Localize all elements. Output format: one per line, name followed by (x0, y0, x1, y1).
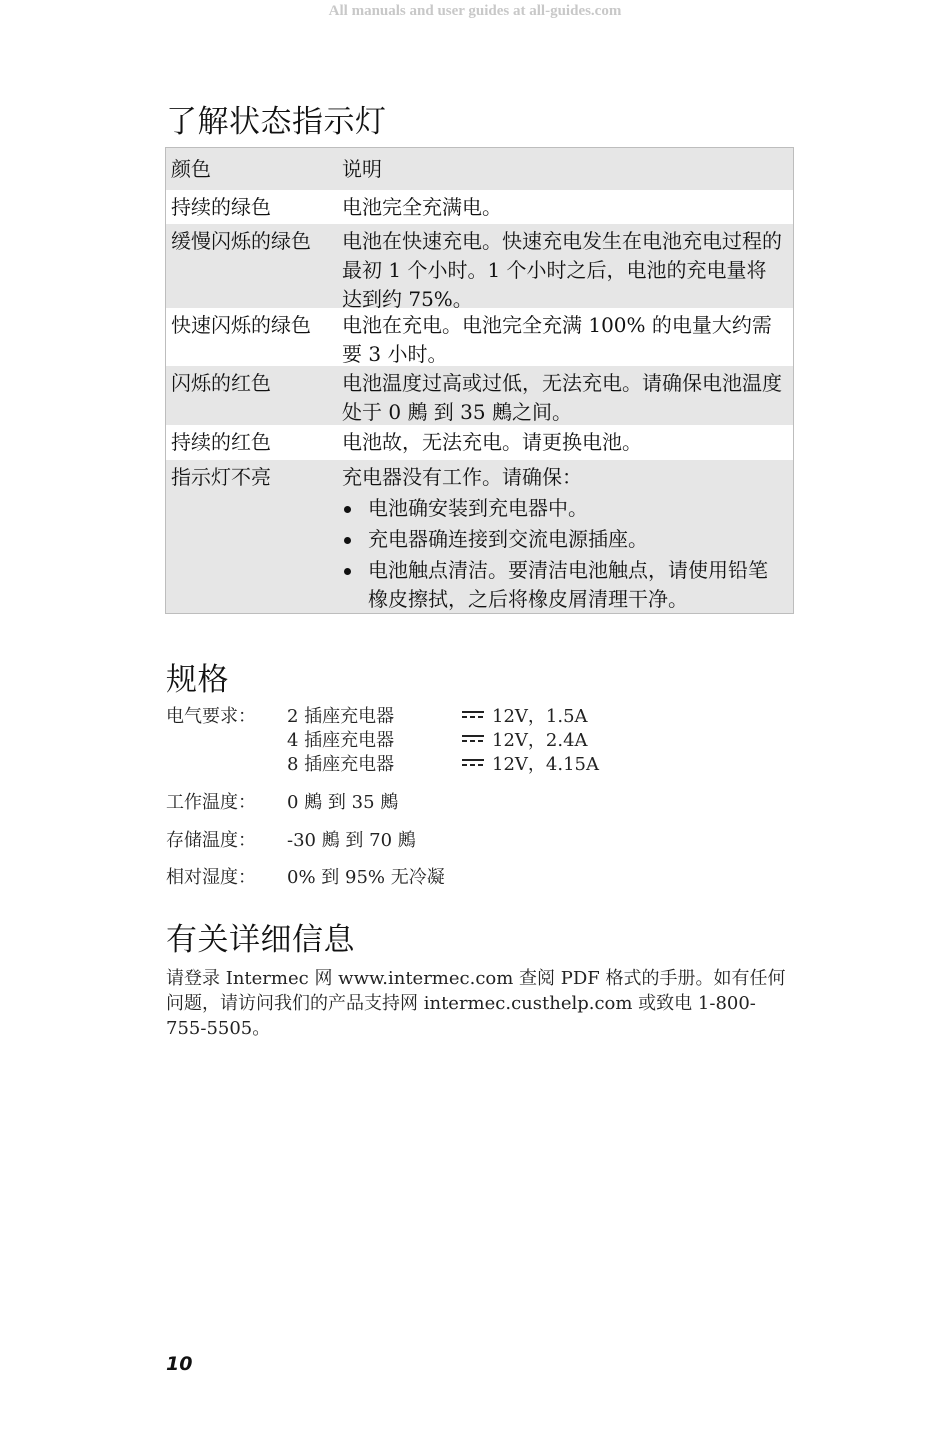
row-color: 持续的红色 (166, 425, 342, 460)
electrical-requirements: 电气要求： 2 插座充电器 12V，1.5A 4 插座充电器 12V，2.4A … (166, 705, 599, 777)
charger-model: 8 插座充电器 (287, 753, 462, 777)
table-row: 缓慢闪烁的绿色 电池在快速充电。快速充电发生在电池充电过程的最初 1 个小时。1… (166, 224, 793, 308)
charger-rating: 12V，1.5A (492, 706, 588, 727)
row-description: 电池温度过高或过低，无法充电。请确保电池温度处于 0 鶊 到 35 鶊之间。 (342, 366, 793, 425)
table-row: 指示灯不亮 充电器没有工作。请确保： 电池确安装到充电器中。 充电器确连接到交流… (166, 460, 793, 613)
list-item: 充电器确连接到交流电源插座。 (342, 525, 785, 554)
spec-value: 0% 到 95% 无冷凝 (287, 866, 445, 890)
charger-rating: 12V，2.4A (492, 730, 588, 751)
charger-rating-wrap: 12V，2.4A (462, 729, 588, 753)
row-description: 电池完全充满电。 (342, 190, 793, 224)
list-item-text: 电池触点清洁。要清洁电池触点，请使用铅笔橡皮擦拭，之后将橡皮屑清理干净。 (368, 558, 768, 611)
bullet-icon (344, 506, 351, 513)
row-description: 电池故，无法充电。请更换电池。 (342, 425, 793, 460)
spec-label: 工作温度： (166, 791, 287, 815)
row-color: 持续的绿色 (166, 190, 342, 224)
spec-value: 0 鶊 到 35 鶊 (287, 791, 398, 815)
spec-row: 电气要求： 2 插座充电器 12V，1.5A (166, 705, 599, 729)
page-number: 10 (166, 1353, 192, 1375)
row-color: 指示灯不亮 (166, 460, 342, 613)
status-indicator-table: 颜色 说明 持续的绿色 电池完全充满电。 缓慢闪烁的绿色 电池在快速充电。快速充… (165, 147, 794, 614)
row-description: 电池在充电。电池完全充满 100% 的电量大约需要 3 小时。 (342, 308, 793, 366)
charger-rating-wrap: 12V，4.15A (462, 753, 599, 777)
dc-power-icon (462, 758, 484, 768)
row-color: 闪烁的红色 (166, 366, 342, 425)
specs-section-title: 规格 (166, 654, 229, 699)
dc-power-icon (462, 710, 484, 720)
bullet-icon (344, 537, 351, 544)
spec-label: 电气要求： (166, 705, 287, 729)
spec-value: -30 鶊 到 70 鶊 (287, 829, 416, 853)
row-color: 缓慢闪烁的绿色 (166, 224, 342, 308)
charger-model: 4 插座充电器 (287, 729, 462, 753)
bullet-icon (344, 568, 351, 575)
charger-rating: 12V，4.15A (492, 754, 599, 775)
charger-rating-wrap: 12V，1.5A (462, 705, 588, 729)
charger-model: 2 插座充电器 (287, 705, 462, 729)
list-item: 电池触点清洁。要清洁电池触点，请使用铅笔橡皮擦拭，之后将橡皮屑清理干净。 (342, 556, 785, 614)
checklist: 电池确安装到充电器中。 充电器确连接到交流电源插座。 电池触点清洁。要清洁电池触… (342, 494, 785, 614)
storage-temperature: 存储温度： -30 鶊 到 70 鶊 (166, 829, 416, 853)
row-description: 电池在快速充电。快速充电发生在电池充电过程的最初 1 个小时。1 个小时之后，电… (342, 224, 793, 308)
operating-temperature: 工作温度： 0 鶊 到 35 鶊 (166, 791, 398, 815)
row-color: 快速闪烁的绿色 (166, 308, 342, 366)
spec-label: 存储温度： (166, 829, 287, 853)
watermark: All manuals and user guides at all-guide… (0, 3, 950, 20)
dc-power-icon (462, 734, 484, 744)
spec-row: 8 插座充电器 12V，4.15A (166, 753, 599, 777)
table-row: 快速闪烁的绿色 电池在充电。电池完全充满 100% 的电量大约需要 3 小时。 (166, 308, 793, 366)
row-description-cell: 充电器没有工作。请确保： 电池确安装到充电器中。 充电器确连接到交流电源插座。 … (342, 460, 793, 613)
table-row: 持续的红色 电池故，无法充电。请更换电池。 (166, 425, 793, 460)
header-color: 颜色 (166, 148, 342, 190)
list-item-text: 充电器确连接到交流电源插座。 (368, 527, 648, 551)
table-row: 闪烁的红色 电池温度过高或过低，无法充电。请确保电池温度处于 0 鶊 到 35 … (166, 366, 793, 425)
header-description: 说明 (342, 148, 793, 190)
table-row: 持续的绿色 电池完全充满电。 (166, 190, 793, 224)
spec-row: 4 插座充电器 12V，2.4A (166, 729, 599, 753)
list-item: 电池确安装到充电器中。 (342, 494, 785, 523)
info-section-title: 有关详细信息 (166, 914, 355, 959)
status-section-title: 了解状态指示灯 (166, 96, 387, 141)
spec-label: 相对湿度： (166, 866, 287, 890)
table-header-row: 颜色 说明 (166, 148, 793, 190)
row-description: 充电器没有工作。请确保： (342, 463, 785, 492)
info-paragraph: 请登录 Intermec 网 www.intermec.com 查阅 PDF 格… (166, 966, 796, 1041)
relative-humidity: 相对湿度： 0% 到 95% 无冷凝 (166, 866, 445, 890)
list-item-text: 电池确安装到充电器中。 (368, 496, 588, 520)
